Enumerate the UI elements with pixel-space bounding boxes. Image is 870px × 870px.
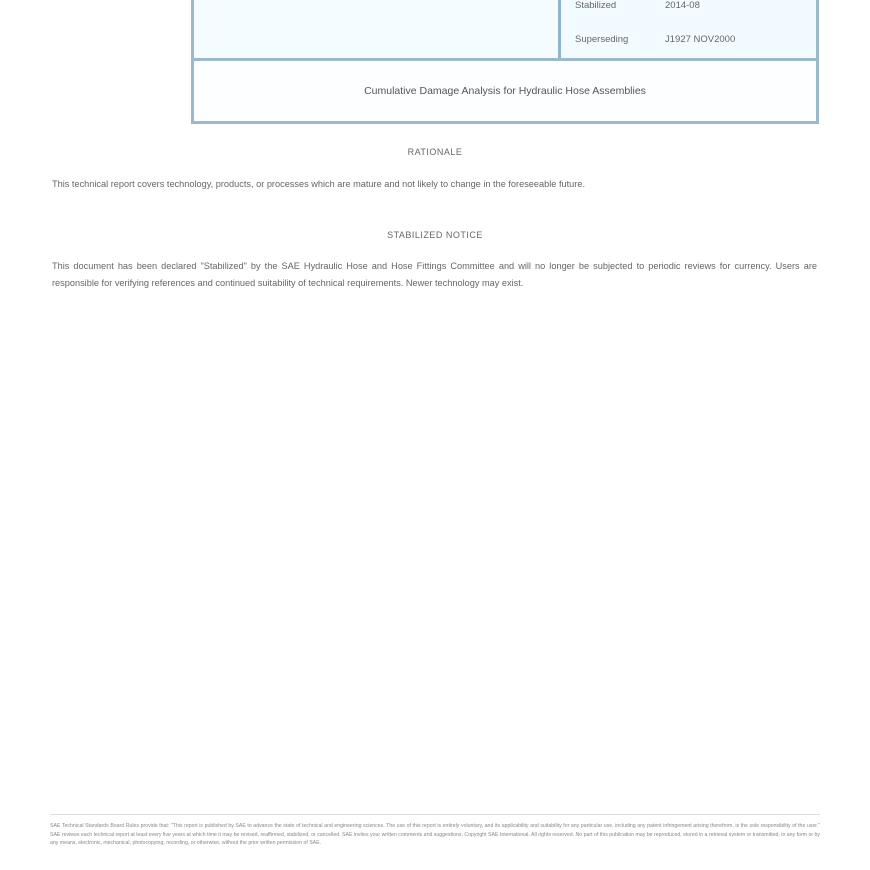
meta-value: J1927 NOV2000 [665,34,735,45]
header-left-cell: SURFACE VEHICLE RECOMMENDED PRACTICE [194,0,561,58]
footer-legal-text: SAE Technical Standards Board Rules prov… [50,822,820,848]
rationale-paragraph: This technical report covers technology,… [52,176,817,193]
meta-stabilized: Stabilized 2014-08 [575,0,700,11]
header-cut-text: SURFACE VEHICLE RECOMMENDED PRACTICE [204,0,447,2]
document-title: Cumulative Damage Analysis for Hydraulic… [194,61,816,121]
meta-label: Superseding [575,34,665,45]
meta-label: Stabilized [575,0,665,11]
document-header-box: SURFACE VEHICLE RECOMMENDED PRACTICE Sta… [191,0,819,124]
stabilized-notice-paragraph: This document has been declared "Stabili… [52,258,817,291]
heading-stabilized-notice: STABILIZED NOTICE [0,230,870,240]
meta-value: 2014-08 [665,0,700,11]
meta-superseding: Superseding J1927 NOV2000 [575,34,735,45]
footer-divider [50,814,820,815]
header-meta-cell: Stabilized 2014-08 Superseding J1927 NOV… [561,0,816,58]
header-top-row: SURFACE VEHICLE RECOMMENDED PRACTICE Sta… [194,0,816,61]
heading-rationale: RATIONALE [0,147,870,157]
